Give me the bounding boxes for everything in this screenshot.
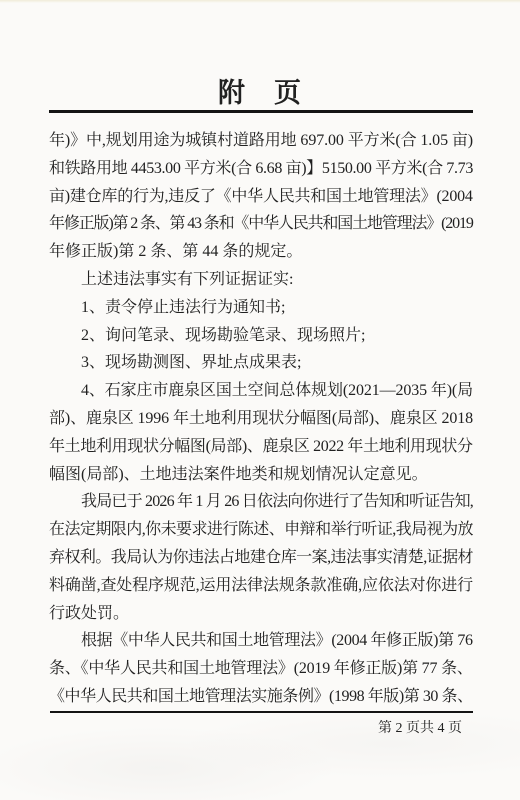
body-line: 和铁路用地 4453.00 平方米(合 6.68 亩)】5150.00 平方米(… <box>49 155 473 183</box>
body-line: 年修正版)第 2 条、第 44 条的规定。 <box>49 238 473 266</box>
body-line: 年修正版)第 2 条、第 43 条和《中华人民共和国土地管理法》(2019 <box>49 210 473 238</box>
body-line: 根据《中华人民共和国土地管理法》(2004 年修正版)第 76 <box>49 627 473 655</box>
body-line: 1、责令停止违法行为通知书; <box>49 294 473 322</box>
body-line: 3、现场勘测图、界址点成果表; <box>49 349 473 377</box>
document-page: 附 页 年)》中,规划用途为城镇村道路用地 697.00 平方米(合 1.05 … <box>0 0 520 800</box>
body-line: 2、询问笔录、现场勘验笔录、现场照片; <box>49 322 473 350</box>
body-line: 在法定期限内,你未要求进行陈述、申辩和举行听证,我局视为放 <box>49 516 473 544</box>
page-number: 第 2 页共 4 页 <box>378 719 462 739</box>
footer-divider <box>50 711 473 713</box>
body-line: 年土地利用现状分幅图(局部)、鹿泉区 2022 年土地利用现状分 <box>49 433 473 461</box>
document-body: 年)》中,规划用途为城镇村道路用地 697.00 平方米(合 1.05 亩)和铁… <box>49 127 473 711</box>
body-line: 部)、鹿泉区 1996 年土地利用现状分幅图(局部)、鹿泉区 2018 <box>49 405 473 433</box>
body-line: 弃权利。我局认为你违法占地建仓库一案,违法事实清楚,证据材 <box>49 544 473 572</box>
body-line: 行政处罚。 <box>49 600 473 628</box>
body-line: 条、《中华人民共和国土地管理法》(2019 年修正版)第 77 条、 <box>49 655 473 683</box>
body-line: 年)》中,规划用途为城镇村道路用地 697.00 平方米(合 1.05 亩) <box>49 127 473 155</box>
body-line: 上述违法事实有下列证据证实: <box>49 266 473 294</box>
body-line: 幅图(局部)、土地违法案件地类和规划情况认定意见。 <box>49 461 473 489</box>
body-line: 料确凿,查处程序规范,运用法律法规条款准确,应依法对你进行 <box>49 572 473 600</box>
body-line: 4、石家庄市鹿泉区国土空间总体规划(2021—2035 年)(局 <box>49 377 473 405</box>
body-line: 我局已于 2026 年 1 月 26 日依法向你进行了告知和听证告知, <box>49 488 473 516</box>
page-title: 附 页 <box>0 78 520 108</box>
title-divider <box>49 110 473 113</box>
body-line: 《中华人民共和国土地管理法实施条例》(1998 年版)第 30 条、 <box>49 683 473 711</box>
body-line: 亩)建仓库的行为,违反了《中华人民共和国土地管理法》(2004 <box>49 183 473 211</box>
scan-edge <box>0 0 520 3</box>
